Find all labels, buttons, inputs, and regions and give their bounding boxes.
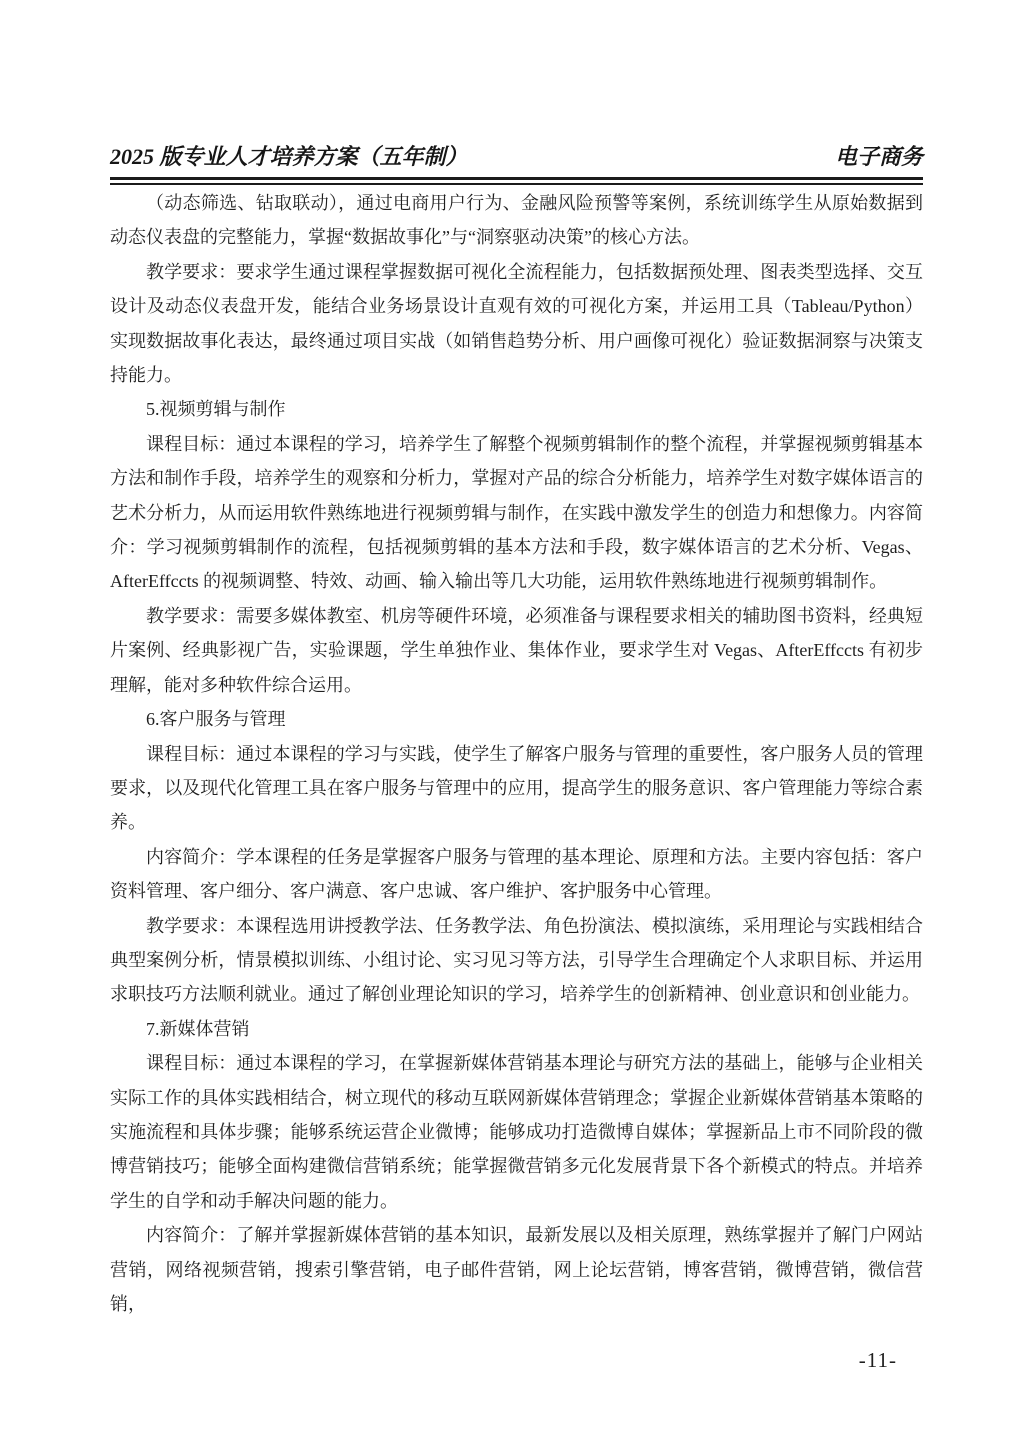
paragraph-data-visualization-continuation: （动态筛选、钻取联动），通过电商用户行为、金融风险预警等案例，系统训练学生从原始… bbox=[110, 186, 923, 255]
header-left-title: 2025 版专业人才培养方案（五年制） bbox=[110, 140, 468, 171]
paragraph-course-objectives-video-editing: 课程目标：通过本课程的学习，培养学生了解整个视频剪辑制作的整个流程，并掌握视频剪… bbox=[110, 427, 923, 599]
paragraph-course-objectives-new-media-marketing: 课程目标：通过本课程的学习，在掌握新媒体营销基本理论与研究方法的基础上，能够与企… bbox=[110, 1046, 923, 1218]
page-number: -11- bbox=[859, 1348, 897, 1373]
paragraph-teaching-requirements-data-visualization: 教学要求：要求学生通过课程掌握数据可视化全流程能力，包括数据预处理、图表类型选择… bbox=[110, 255, 923, 393]
section-heading-7-new-media-marketing: 7.新媒体营销 bbox=[110, 1012, 923, 1046]
document-page: 2025 版专业人才培养方案（五年制） 电子商务 （动态筛选、钻取联动），通过电… bbox=[0, 0, 1024, 1448]
document-body: （动态筛选、钻取联动），通过电商用户行为、金融风险预警等案例，系统训练学生从原始… bbox=[110, 186, 923, 1321]
paragraph-content-introduction-new-media-marketing: 内容简介：了解并掌握新媒体营销的基本知识，最新发展以及相关原理，熟练掌握并了解门… bbox=[110, 1218, 923, 1321]
paragraph-content-introduction-customer-service: 内容简介：学本课程的任务是掌握客户服务与管理的基本理论、原理和方法。主要内容包括… bbox=[110, 840, 923, 909]
page-header: 2025 版专业人才培养方案（五年制） 电子商务 bbox=[110, 140, 923, 171]
paragraph-teaching-requirements-video-editing: 教学要求：需要多媒体教室、机房等硬件环境，必须准备与课程要求相关的辅助图书资料，… bbox=[110, 599, 923, 702]
header-double-rule bbox=[110, 177, 923, 185]
header-right-title: 电子商务 bbox=[835, 140, 923, 171]
section-heading-5-video-editing: 5.视频剪辑与制作 bbox=[110, 392, 923, 426]
section-heading-6-customer-service: 6.客户服务与管理 bbox=[110, 702, 923, 736]
paragraph-teaching-requirements-customer-service: 教学要求：本课程选用讲授教学法、任务教学法、角色扮演法、模拟演练，采用理论与实践… bbox=[110, 909, 923, 1012]
paragraph-course-objectives-customer-service: 课程目标：通过本课程的学习与实践，使学生了解客户服务与管理的重要性，客户服务人员… bbox=[110, 737, 923, 840]
